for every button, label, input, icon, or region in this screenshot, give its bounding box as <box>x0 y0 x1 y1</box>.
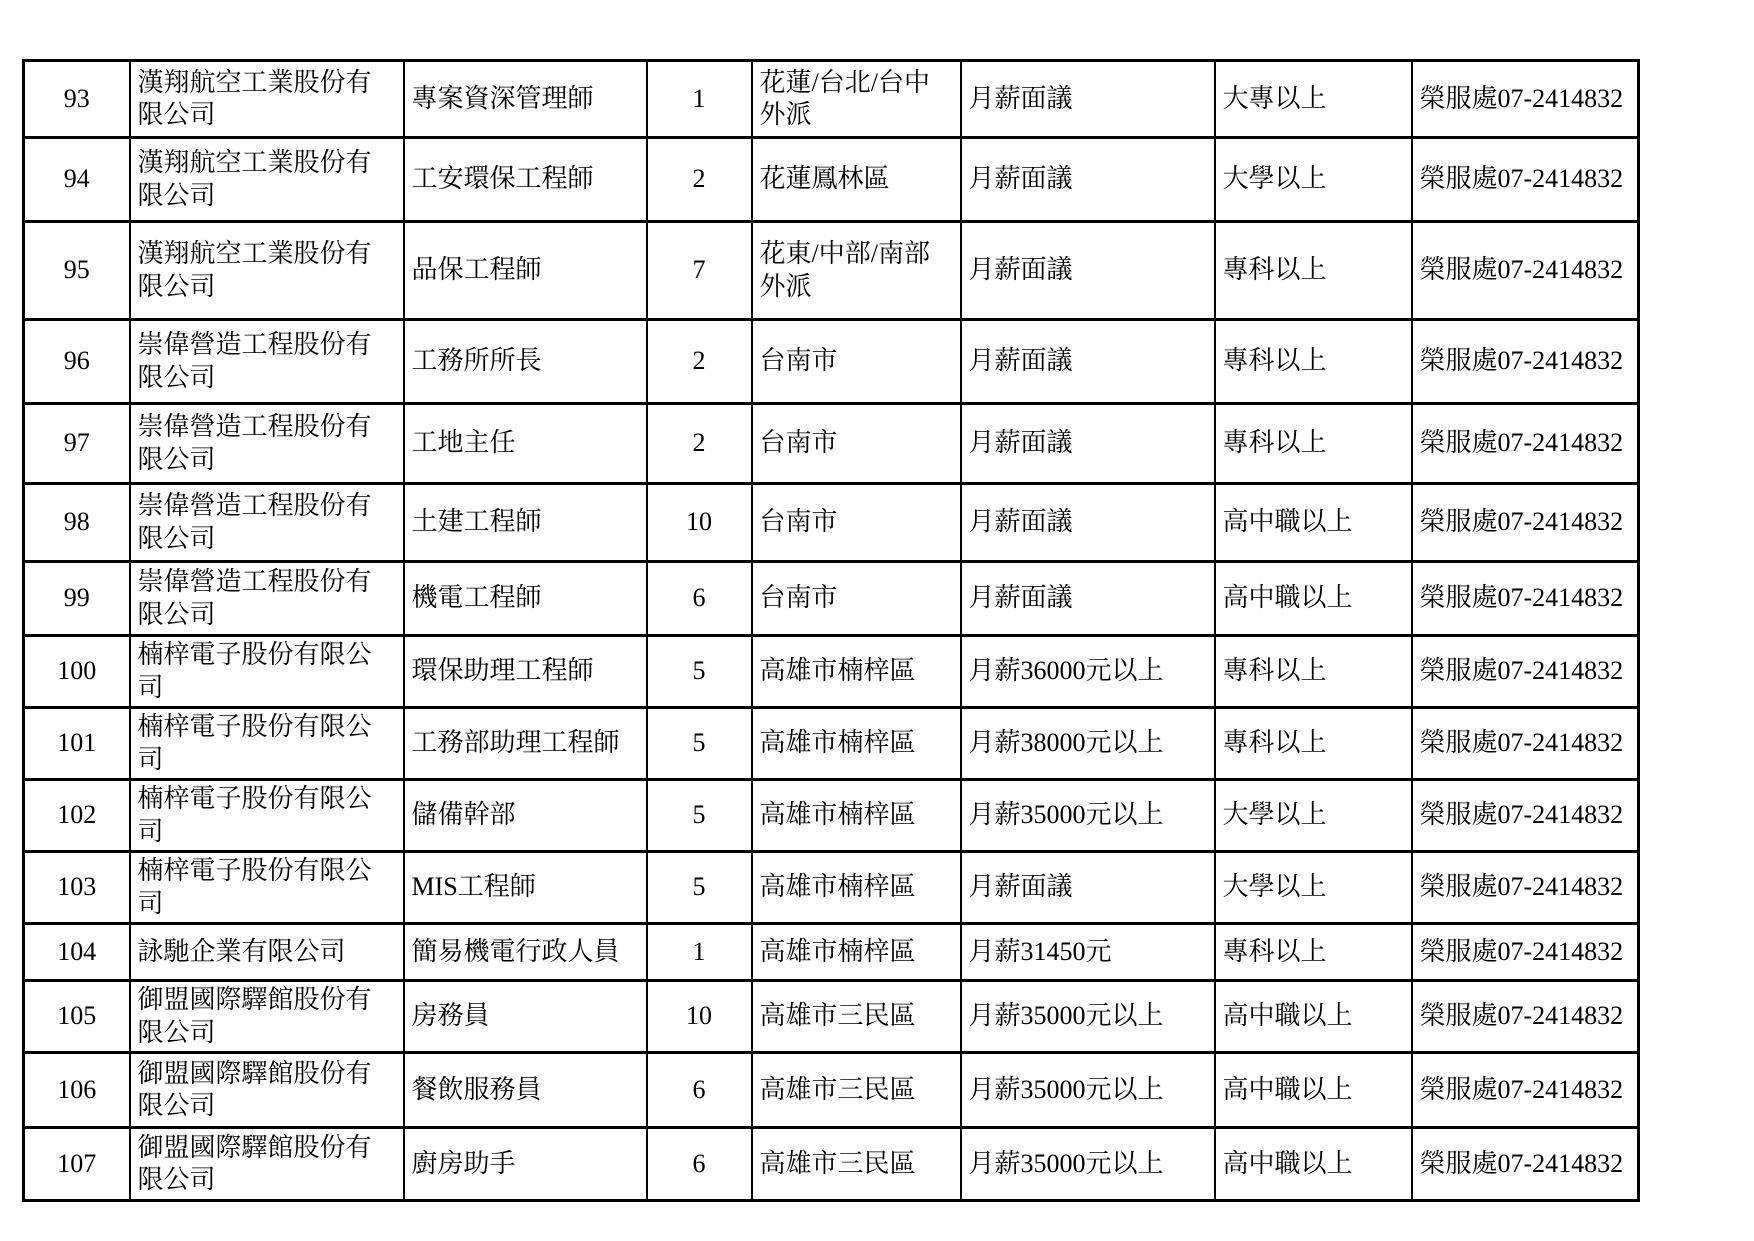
cell-location: 花蓮/台北/台中 外派 <box>752 61 961 138</box>
cell-no: 102 <box>24 780 130 852</box>
cell-location: 台南市 <box>752 562 961 636</box>
cell-education: 高中職以上 <box>1215 981 1412 1053</box>
cell-no: 93 <box>24 61 130 138</box>
cell-education: 大專以上 <box>1215 61 1412 138</box>
cell-company: 詠馳企業有限公司 <box>130 924 404 981</box>
cell-openings: 5 <box>647 708 752 780</box>
cell-location: 台南市 <box>752 320 961 404</box>
cell-title: 房務員 <box>404 981 647 1053</box>
cell-company: 楠梓電子股份有限公司 <box>130 852 404 924</box>
cell-title: 工務部助理工程師 <box>404 708 647 780</box>
cell-company: 楠梓電子股份有限公司 <box>130 636 404 708</box>
cell-location: 花蓮鳳林區 <box>752 138 961 222</box>
cell-title: 專案資深管理師 <box>404 61 647 138</box>
cell-title: MIS工程師 <box>404 852 647 924</box>
cell-title: 工安環保工程師 <box>404 138 647 222</box>
cell-salary: 月薪35000元以上 <box>961 1128 1215 1201</box>
table-row: 94漢翔航空工業股份有限公司工安環保工程師2花蓮鳳林區月薪面議大學以上榮服處07… <box>24 138 1639 222</box>
cell-no: 95 <box>24 222 130 320</box>
cell-salary: 月薪面議 <box>961 484 1215 562</box>
cell-contact: 榮服處07-2414832 <box>1412 484 1639 562</box>
cell-no: 99 <box>24 562 130 636</box>
cell-company: 御盟國際驛館股份有限公司 <box>130 981 404 1053</box>
table-row: 103楠梓電子股份有限公司MIS工程師5高雄市楠梓區月薪面議大學以上榮服處07-… <box>24 852 1639 924</box>
cell-education: 高中職以上 <box>1215 1053 1412 1128</box>
cell-company: 崇偉營造工程股份有限公司 <box>130 320 404 404</box>
cell-title: 工地主任 <box>404 404 647 484</box>
cell-location: 高雄市三民區 <box>752 1053 961 1128</box>
cell-location: 高雄市楠梓區 <box>752 708 961 780</box>
cell-no: 106 <box>24 1053 130 1128</box>
cell-no: 105 <box>24 981 130 1053</box>
cell-location: 高雄市楠梓區 <box>752 780 961 852</box>
cell-salary: 月薪面議 <box>961 320 1215 404</box>
table-row: 105御盟國際驛館股份有限公司房務員10高雄市三民區月薪35000元以上高中職以… <box>24 981 1639 1053</box>
table-row: 102楠梓電子股份有限公司儲備幹部5高雄市楠梓區月薪35000元以上大學以上榮服… <box>24 780 1639 852</box>
cell-location: 高雄市三民區 <box>752 981 961 1053</box>
cell-openings: 2 <box>647 320 752 404</box>
table-row: 96崇偉營造工程股份有限公司工務所所長2台南市月薪面議專科以上榮服處07-241… <box>24 320 1639 404</box>
cell-education: 大學以上 <box>1215 138 1412 222</box>
cell-salary: 月薪面議 <box>961 222 1215 320</box>
cell-no: 103 <box>24 852 130 924</box>
cell-contact: 榮服處07-2414832 <box>1412 708 1639 780</box>
cell-contact: 榮服處07-2414832 <box>1412 636 1639 708</box>
cell-no: 104 <box>24 924 130 981</box>
job-listings-table: 93漢翔航空工業股份有限公司專案資深管理師1花蓮/台北/台中 外派月薪面議大專以… <box>22 59 1640 1202</box>
cell-title: 機電工程師 <box>404 562 647 636</box>
cell-openings: 6 <box>647 1053 752 1128</box>
table-row: 97崇偉營造工程股份有限公司工地主任2台南市月薪面議專科以上榮服處07-2414… <box>24 404 1639 484</box>
cell-location: 高雄市三民區 <box>752 1128 961 1201</box>
cell-location: 高雄市楠梓區 <box>752 924 961 981</box>
cell-openings: 5 <box>647 636 752 708</box>
cell-no: 97 <box>24 404 130 484</box>
cell-openings: 5 <box>647 780 752 852</box>
cell-title: 儲備幹部 <box>404 780 647 852</box>
cell-education: 高中職以上 <box>1215 1128 1412 1201</box>
cell-contact: 榮服處07-2414832 <box>1412 1128 1639 1201</box>
cell-title: 簡易機電行政人員 <box>404 924 647 981</box>
cell-no: 100 <box>24 636 130 708</box>
table-row: 100楠梓電子股份有限公司環保助理工程師5高雄市楠梓區月薪36000元以上專科以… <box>24 636 1639 708</box>
cell-openings: 6 <box>647 1128 752 1201</box>
cell-education: 專科以上 <box>1215 708 1412 780</box>
cell-location: 台南市 <box>752 484 961 562</box>
cell-salary: 月薪面議 <box>961 852 1215 924</box>
cell-salary: 月薪36000元以上 <box>961 636 1215 708</box>
cell-openings: 2 <box>647 404 752 484</box>
cell-company: 漢翔航空工業股份有限公司 <box>130 61 404 138</box>
cell-openings: 6 <box>647 562 752 636</box>
cell-salary: 月薪35000元以上 <box>961 780 1215 852</box>
cell-contact: 榮服處07-2414832 <box>1412 138 1639 222</box>
cell-company: 崇偉營造工程股份有限公司 <box>130 484 404 562</box>
cell-salary: 月薪面議 <box>961 562 1215 636</box>
cell-company: 御盟國際驛館股份有限公司 <box>130 1128 404 1201</box>
cell-no: 94 <box>24 138 130 222</box>
cell-contact: 榮服處07-2414832 <box>1412 320 1639 404</box>
table-row: 98崇偉營造工程股份有限公司土建工程師10台南市月薪面議高中職以上榮服處07-2… <box>24 484 1639 562</box>
cell-company: 崇偉營造工程股份有限公司 <box>130 562 404 636</box>
cell-location: 高雄市楠梓區 <box>752 852 961 924</box>
cell-title: 廚房助手 <box>404 1128 647 1201</box>
cell-contact: 榮服處07-2414832 <box>1412 222 1639 320</box>
table-row: 107御盟國際驛館股份有限公司廚房助手6高雄市三民區月薪35000元以上高中職以… <box>24 1128 1639 1201</box>
cell-title: 品保工程師 <box>404 222 647 320</box>
cell-no: 96 <box>24 320 130 404</box>
cell-company: 漢翔航空工業股份有限公司 <box>130 222 404 320</box>
job-table-body: 93漢翔航空工業股份有限公司專案資深管理師1花蓮/台北/台中 外派月薪面議大專以… <box>24 61 1639 1201</box>
cell-openings: 1 <box>647 924 752 981</box>
cell-education: 專科以上 <box>1215 636 1412 708</box>
cell-salary: 月薪面議 <box>961 61 1215 138</box>
cell-salary: 月薪面議 <box>961 404 1215 484</box>
cell-company: 崇偉營造工程股份有限公司 <box>130 404 404 484</box>
cell-no: 98 <box>24 484 130 562</box>
cell-location: 花東/中部/南部 外派 <box>752 222 961 320</box>
cell-contact: 榮服處07-2414832 <box>1412 562 1639 636</box>
cell-salary: 月薪38000元以上 <box>961 708 1215 780</box>
cell-salary: 月薪31450元 <box>961 924 1215 981</box>
table-row: 95漢翔航空工業股份有限公司品保工程師7花東/中部/南部 外派月薪面議專科以上榮… <box>24 222 1639 320</box>
cell-contact: 榮服處07-2414832 <box>1412 61 1639 138</box>
cell-education: 專科以上 <box>1215 924 1412 981</box>
cell-openings: 10 <box>647 981 752 1053</box>
cell-education: 專科以上 <box>1215 222 1412 320</box>
cell-title: 土建工程師 <box>404 484 647 562</box>
cell-openings: 7 <box>647 222 752 320</box>
cell-education: 高中職以上 <box>1215 562 1412 636</box>
cell-openings: 10 <box>647 484 752 562</box>
cell-contact: 榮服處07-2414832 <box>1412 981 1639 1053</box>
table-row: 101楠梓電子股份有限公司工務部助理工程師5高雄市楠梓區月薪38000元以上專科… <box>24 708 1639 780</box>
cell-salary: 月薪面議 <box>961 138 1215 222</box>
cell-education: 專科以上 <box>1215 404 1412 484</box>
table-row: 104詠馳企業有限公司簡易機電行政人員1高雄市楠梓區月薪31450元專科以上榮服… <box>24 924 1639 981</box>
cell-openings: 2 <box>647 138 752 222</box>
cell-location: 高雄市楠梓區 <box>752 636 961 708</box>
cell-company: 御盟國際驛館股份有限公司 <box>130 1053 404 1128</box>
cell-contact: 榮服處07-2414832 <box>1412 924 1639 981</box>
cell-company: 漢翔航空工業股份有限公司 <box>130 138 404 222</box>
cell-openings: 1 <box>647 61 752 138</box>
table-row: 93漢翔航空工業股份有限公司專案資深管理師1花蓮/台北/台中 外派月薪面議大專以… <box>24 61 1639 138</box>
cell-education: 大學以上 <box>1215 780 1412 852</box>
cell-company: 楠梓電子股份有限公司 <box>130 708 404 780</box>
cell-contact: 榮服處07-2414832 <box>1412 780 1639 852</box>
table-row: 99崇偉營造工程股份有限公司機電工程師6台南市月薪面議高中職以上榮服處07-24… <box>24 562 1639 636</box>
cell-education: 大學以上 <box>1215 852 1412 924</box>
cell-contact: 榮服處07-2414832 <box>1412 1053 1639 1128</box>
cell-location: 台南市 <box>752 404 961 484</box>
cell-salary: 月薪35000元以上 <box>961 981 1215 1053</box>
cell-no: 101 <box>24 708 130 780</box>
cell-contact: 榮服處07-2414832 <box>1412 404 1639 484</box>
cell-no: 107 <box>24 1128 130 1201</box>
table-row: 106御盟國際驛館股份有限公司餐飲服務員6高雄市三民區月薪35000元以上高中職… <box>24 1053 1639 1128</box>
cell-education: 高中職以上 <box>1215 484 1412 562</box>
cell-education: 專科以上 <box>1215 320 1412 404</box>
cell-openings: 5 <box>647 852 752 924</box>
cell-contact: 榮服處07-2414832 <box>1412 852 1639 924</box>
cell-title: 環保助理工程師 <box>404 636 647 708</box>
cell-title: 餐飲服務員 <box>404 1053 647 1128</box>
cell-company: 楠梓電子股份有限公司 <box>130 780 404 852</box>
cell-salary: 月薪35000元以上 <box>961 1053 1215 1128</box>
cell-title: 工務所所長 <box>404 320 647 404</box>
